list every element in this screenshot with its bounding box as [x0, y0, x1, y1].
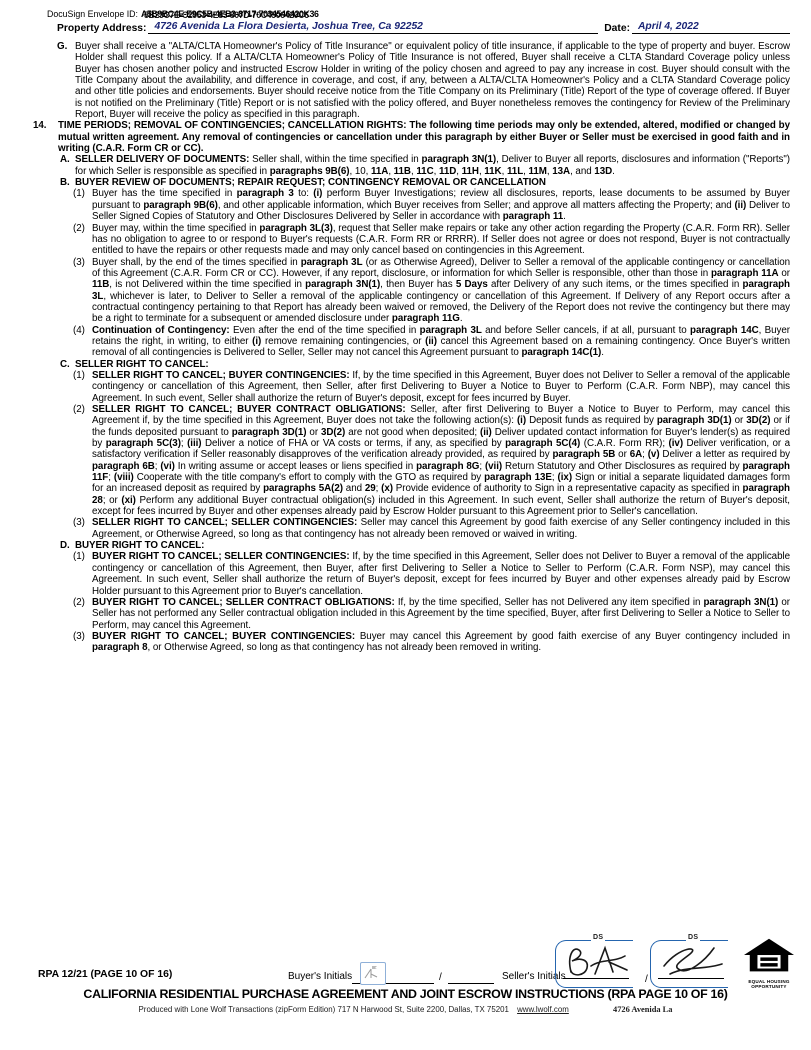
paragraph-text: SELLER RIGHT TO CANCEL; SELLER CONTINGEN…	[92, 517, 790, 540]
paragraph-2: (2)BUYER RIGHT TO CANCEL; SELLER CONTRAC…	[73, 597, 790, 631]
paragraph-2: (2)Buyer may, within the time specified …	[73, 223, 790, 257]
paragraph-1: (1)BUYER RIGHT TO CANCEL; SELLER CONTING…	[73, 551, 790, 596]
paragraph-label: (2)	[73, 597, 92, 631]
equal-housing-logo: EQUAL HOUSING OPPORTUNITY	[742, 938, 796, 989]
paragraph-1: (1)SELLER RIGHT TO CANCEL; BUYER CONTING…	[73, 370, 790, 404]
paragraph-A: A.SELLER DELIVERY OF DOCUMENTS: Seller s…	[60, 154, 790, 177]
property-address-label: Property Address:	[57, 23, 146, 34]
date-value: April 4, 2022	[632, 21, 790, 34]
envelope-id-label: DocuSign Envelope ID:	[47, 9, 138, 19]
paragraph-label: (3)	[73, 517, 92, 540]
paragraph-4: (4)Continuation of Contingency: Even aft…	[73, 325, 790, 359]
paragraph-label: D.	[60, 540, 75, 551]
document-page: DocuSign Envelope ID:A5B9BC4E-E9C5B-4EB3…	[0, 0, 811, 1050]
paragraph-label: (2)	[73, 223, 92, 257]
paragraph-1: (1)Buyer has the time specified in parag…	[73, 188, 790, 222]
date-label: Date:	[604, 23, 630, 34]
paragraph-label: (3)	[73, 257, 92, 325]
paragraph-text: SELLER RIGHT TO CANCEL; BUYER CONTRACT O…	[92, 404, 790, 517]
paragraph-label: (1)	[73, 188, 92, 222]
seller-initials-signature-sl	[656, 940, 728, 980]
buyers-initials-label: Buyer's Initials	[288, 971, 352, 982]
paragraph-label: A.	[60, 154, 75, 177]
equal-housing-house-icon	[744, 938, 794, 974]
paragraph-text: TIME PERIODS; REMOVAL OF CONTINGENCIES; …	[58, 120, 790, 154]
seller-initials-signature-ba	[561, 940, 633, 980]
paragraph-D: D.BUYER RIGHT TO CANCEL:	[60, 540, 790, 551]
paragraph-2: (2)SELLER RIGHT TO CANCEL; BUYER CONTRAC…	[73, 404, 790, 517]
produced-line: Produced with Lone Wolf Transactions (zi…	[0, 1005, 811, 1014]
document-title: CALIFORNIA RESIDENTIAL PURCHASE AGREEMEN…	[0, 987, 811, 1001]
paragraph-text: SELLER RIGHT TO CANCEL:	[75, 359, 790, 370]
form-code: RPA 12/21 (PAGE 10 OF 16)	[38, 969, 172, 980]
paragraph-label: B.	[60, 177, 75, 188]
paragraph-3: (3)BUYER RIGHT TO CANCEL; BUYER CONTINGE…	[73, 631, 790, 654]
document-body: G.Buyer shall receive a "ALTA/CLTA Homeo…	[0, 41, 790, 654]
paragraph-label: (2)	[73, 404, 92, 517]
property-address-line: Property Address: 4726 Avenida La Flora …	[57, 21, 790, 34]
paragraph-C: C.SELLER RIGHT TO CANCEL:	[60, 359, 790, 370]
paragraph-text: BUYER REVIEW OF DOCUMENTS; REPAIR REQUES…	[75, 177, 790, 188]
envelope-id-text-b: 5B23C7E-C2953-4E83-807D-70C4506420C6	[144, 10, 309, 20]
paragraph-text: Buyer shall receive a "ALTA/CLTA Homeown…	[75, 41, 790, 120]
lwolf-link[interactable]: www.lwolf.com	[517, 1005, 569, 1014]
produced-text: Produced with Lone Wolf Transactions (zi…	[139, 1005, 509, 1014]
paragraph-label: (1)	[73, 370, 92, 404]
seller-initials-tab-1[interactable]: DS	[555, 936, 643, 988]
paragraph-label: (4)	[73, 325, 92, 359]
paragraph-label: (1)	[73, 551, 92, 596]
paragraph-text: BUYER RIGHT TO CANCEL; BUYER CONTINGENCI…	[92, 631, 790, 654]
paragraph-text: Buyer has the time specified in paragrap…	[92, 188, 790, 222]
paragraph-text: BUYER RIGHT TO CANCEL; SELLER CONTRACT O…	[92, 597, 790, 631]
paragraph-text: Buyer may, within the time specified in …	[92, 223, 790, 257]
initials-separator-buyer: /	[439, 972, 442, 983]
paragraph-label: G.	[57, 41, 75, 120]
paragraph-B: B.BUYER REVIEW OF DOCUMENTS; REPAIR REQU…	[60, 177, 790, 188]
seller-initials-tab-2[interactable]: DS	[650, 936, 738, 988]
paragraph-G: G.Buyer shall receive a "ALTA/CLTA Homeo…	[57, 41, 790, 120]
paragraph-text: BUYER RIGHT TO CANCEL:	[75, 540, 790, 551]
doc-ref-text: 4726 Avenida La	[613, 1005, 672, 1014]
envelope-id-line: DocuSign Envelope ID:A5B9BC4E-E9C5B-4EB3…	[47, 9, 318, 19]
paragraph-3: (3)Buyer shall, by the end of the times …	[73, 257, 790, 325]
paragraph-text: Continuation of Contingency: Even after …	[92, 325, 790, 359]
paragraph-label: (3)	[73, 631, 92, 654]
paragraph-14: 14.TIME PERIODS; REMOVAL OF CONTINGENCIE…	[33, 120, 790, 154]
initial-tab-mark-icon	[363, 965, 381, 980]
paragraph-label: C.	[60, 359, 75, 370]
paragraph-text: BUYER RIGHT TO CANCEL; SELLER CONTINGENC…	[92, 551, 790, 596]
paragraph-text: SELLER RIGHT TO CANCEL; BUYER CONTINGENC…	[92, 370, 790, 404]
buyer-initial-docusign-tab[interactable]	[360, 962, 386, 985]
buyer-initials-line-2[interactable]	[448, 983, 494, 984]
paragraph-text: Buyer shall, by the end of the times spe…	[92, 257, 790, 325]
paragraph-text: SELLER DELIVERY OF DOCUMENTS: Seller sha…	[75, 154, 790, 177]
envelope-id-value: A5B9BC4E-E9C5B-4EB3-8717-7034546420K365B…	[141, 9, 318, 19]
paragraph-3: (3)SELLER RIGHT TO CANCEL; SELLER CONTIN…	[73, 517, 790, 540]
initials-separator-seller: /	[645, 974, 648, 985]
paragraph-label: 14.	[33, 120, 58, 154]
property-address-value: 4726 Avenida La Flora Desierta, Joshua T…	[148, 21, 598, 34]
